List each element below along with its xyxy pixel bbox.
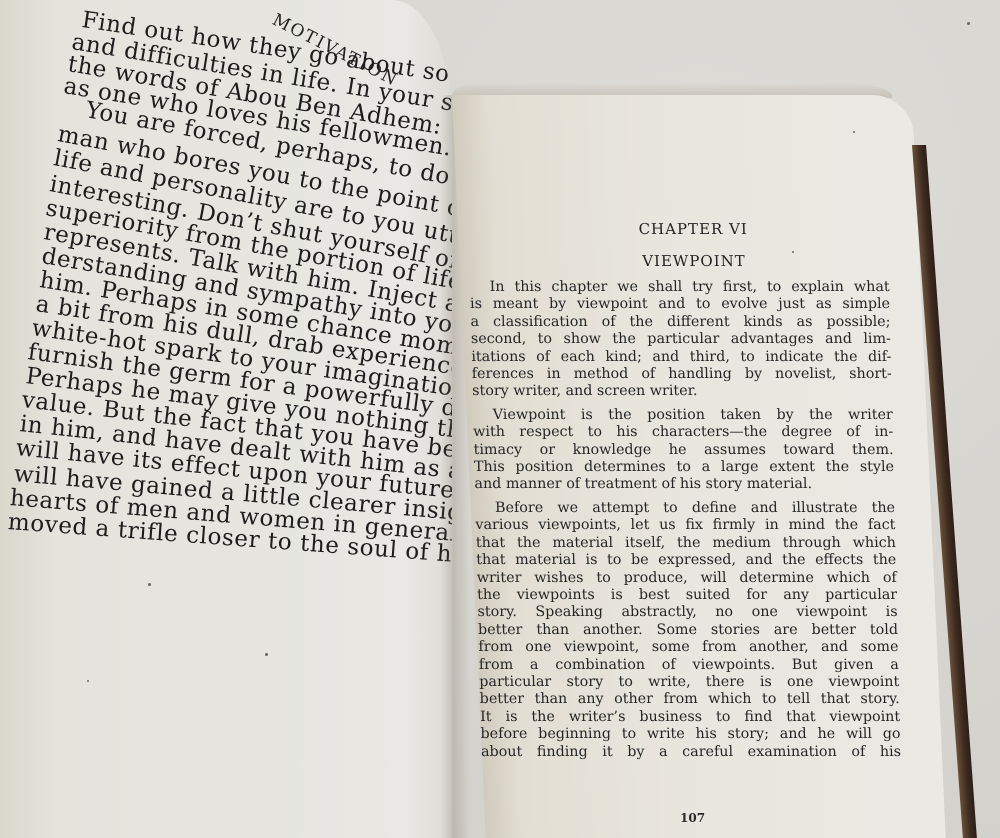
text-line: This position determines to a large exte… [474,459,894,476]
text-line: about finding it by a careful examinatio… [481,744,901,761]
surface-speck [967,22,970,25]
paper-speck [265,653,268,656]
paragraph-3: Before we attempt to define and illustra… [475,500,901,761]
text-line: the viewpoints is best suited for any pa… [477,587,897,604]
text-line: Before we attempt to define and illustra… [475,500,895,517]
paper-speck [148,583,151,586]
paragraph-1: In this chapter we shall try first, to e… [469,279,892,401]
paper-speck [87,680,89,682]
right-page-content: CHAPTER VI VIEWPOINT In this chapter we … [468,220,901,767]
text-line: timacy or knowledge he assumes toward th… [473,442,893,459]
text-line: is meant by viewpoint and to evolve just… [470,296,890,313]
text-line: In this chapter we shall try first, to e… [469,279,889,296]
text-line: itations of each kind; and third, to ind… [471,349,891,366]
text-line: before beginning to write his story; and… [480,726,900,743]
text-line: better than any other from which to tell… [480,691,900,708]
text-line: ferences in method of handling by noveli… [472,366,892,383]
text-line: that the material itself, the medium thr… [476,535,896,552]
text-line: story. Speaking abstractly, no one viewp… [477,604,897,621]
text-line: a classification of the different kinds … [470,314,890,331]
text-line: Viewpoint is the position taken by the w… [473,407,893,424]
paper-speck [792,251,794,253]
page-number: 107 [680,811,705,825]
text-line: writer wishes to produce, will determine… [477,570,897,587]
text-line: with respect to his characters—the degre… [473,424,893,441]
text-line: second, to show the particular advantage… [471,331,891,348]
text-line: that material is to be expressed, and th… [476,552,896,569]
text-line: from one viewpoint, some from another, a… [478,639,898,656]
text-line: better than another. Some stories are be… [478,622,898,639]
paper-speck [853,131,855,133]
text-line: story writer, and screen writer. [472,383,892,400]
text-line: and manner of treatment of his story mat… [474,476,894,493]
left-page: MOTIVATION Find out how they go about so… [0,0,452,838]
chapter-number: CHAPTER VI [468,220,888,238]
text-line: It is the writer’s business to find that… [480,709,900,726]
chapter-title: VIEWPOINT [469,252,889,270]
text-line: particular story to write, there is one … [479,674,899,691]
text-line: from a combination of viewpoints. But gi… [479,657,899,674]
text-line: various viewpoints, let us fix firmly in… [475,517,895,534]
paragraph-2: Viewpoint is the position taken by the w… [473,407,895,494]
